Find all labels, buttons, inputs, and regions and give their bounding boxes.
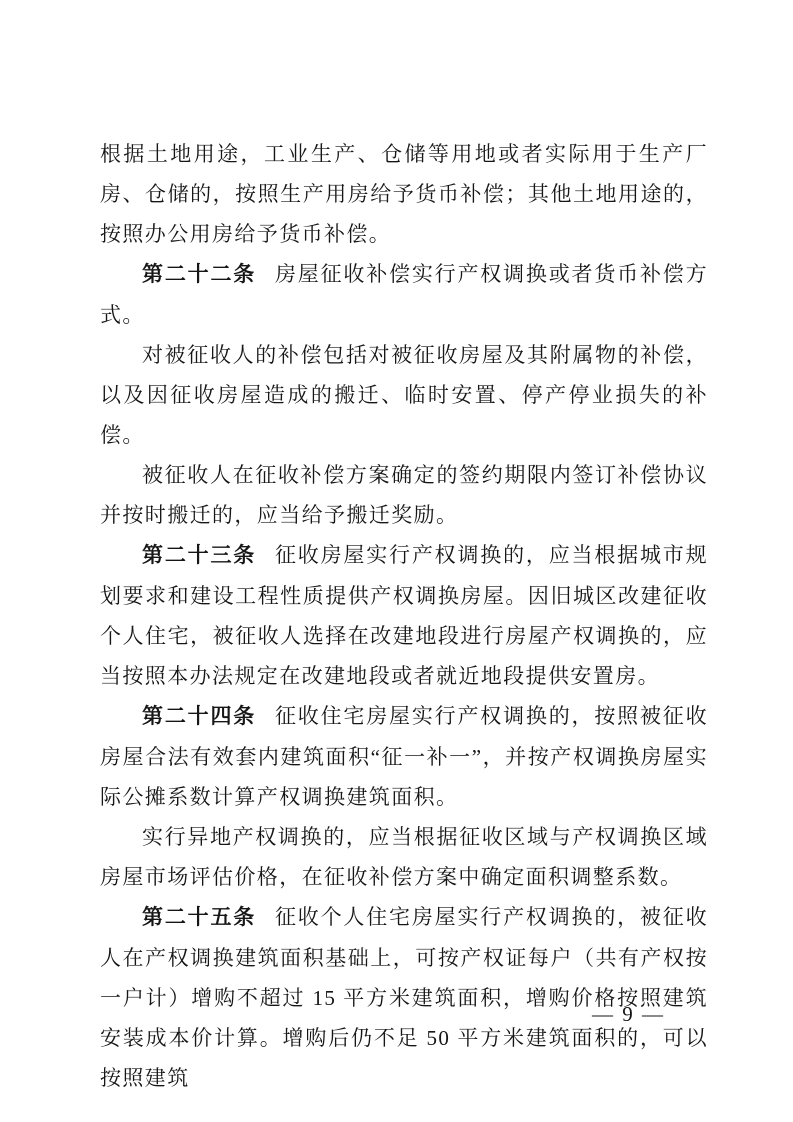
paragraph: 第二十二条房屋征收补偿实行产权调换或者货币补偿方式。	[100, 254, 708, 335]
paragraph: 根据土地用途，工业生产、仓储等用地或者实际用于生产厂房、仓储的，按照生产用房给予…	[100, 134, 708, 254]
paragraph: 第二十三条征收房屋实行产权调换的，应当根据城市规划要求和建设工程性质提供产权调换…	[100, 535, 708, 696]
article-number: 第二十二条	[142, 263, 256, 286]
paragraph-text: 被征收人在征收补偿方案确定的签约期限内签订补偿协议并按时搬迁的，应当给予搬迁奖励…	[100, 463, 708, 527]
page-number: — 9 —	[592, 1002, 665, 1027]
paragraph: 对被征收人的补偿包括对被征收房屋及其附属物的补偿，以及因征收房屋造成的搬迁、临时…	[100, 335, 708, 455]
paragraph-text: 征收个人住宅房屋实行产权调换的，被征收人在产权调换建筑面积基础上，可按产权证每户…	[100, 905, 708, 1090]
article-number: 第二十四条	[142, 705, 256, 728]
article-number: 第二十五条	[142, 906, 256, 929]
document-page: 根据土地用途，工业生产、仓储等用地或者实际用于生产厂房、仓储的，按照生产用房给予…	[0, 0, 793, 1122]
paragraph: 被征收人在征收补偿方案确定的签约期限内签订补偿协议并按时搬迁的，应当给予搬迁奖励…	[100, 455, 708, 535]
paragraph: 第二十四条征收住宅房屋实行产权调换的，按照被征收房屋合法有效套内建筑面积“征一补…	[100, 696, 708, 817]
paragraph: 实行异地产权调换的，应当根据征收区域与产权调换区域房屋市场评估价格，在征收补偿方…	[100, 817, 708, 897]
paragraph-text: 对被征收人的补偿包括对被征收房屋及其附属物的补偿，以及因征收房屋造成的搬迁、临时…	[100, 343, 708, 447]
article-number: 第二十三条	[142, 544, 256, 567]
paragraph-text: 实行异地产权调换的，应当根据征收区域与产权调换区域房屋市场评估价格，在征收补偿方…	[100, 825, 708, 889]
paragraph: 第二十五条征收个人住宅房屋实行产权调换的，被征收人在产权调换建筑面积基础上，可按…	[100, 897, 708, 1098]
document-body: 根据土地用途，工业生产、仓储等用地或者实际用于生产厂房、仓储的，按照生产用房给予…	[100, 134, 708, 1098]
paragraph-text: 根据土地用途，工业生产、仓储等用地或者实际用于生产厂房、仓储的，按照生产用房给予…	[100, 142, 708, 246]
